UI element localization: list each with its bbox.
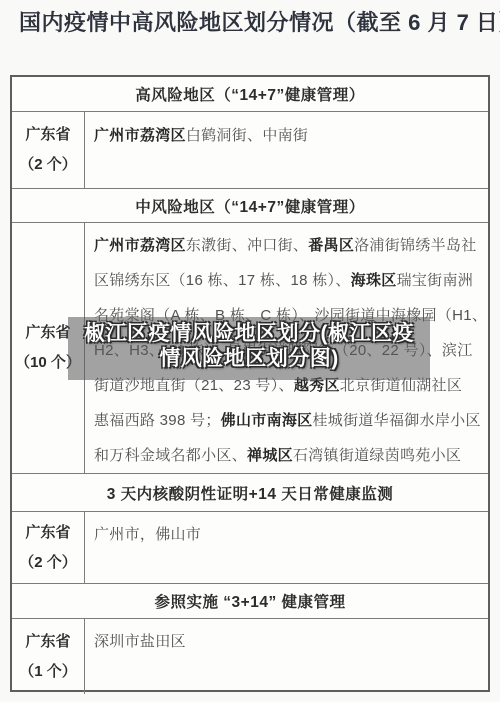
province-cell: 广东省（2 个） xyxy=(12,512,85,583)
page: { "page": { "title": "国内疫情中高风险地区划分情况（截至 … xyxy=(0,0,500,702)
risk-row-0: 广东省（2 个）广州市荔湾区白鹤洞街、中南街 xyxy=(12,112,488,189)
section-header-3: 参照实施 “3+14” 健康管理 xyxy=(12,584,488,619)
page-title: 国内疫情中高风险地区划分情况（截至 6 月 7 日） xyxy=(19,6,500,37)
risk-area-table: 高风险地区（“14+7”健康管理）广东省（2 个）广州市荔湾区白鹤洞街、中南街中… xyxy=(10,75,490,692)
region-text-line: 区锦绣东区（16 栋、17 栋、18 栋）、海珠区瑞宝街南洲 xyxy=(94,263,487,298)
region-text-line: 广州市，佛山市 xyxy=(94,521,484,549)
region-text-line: 深圳市盐田区 xyxy=(94,628,484,656)
section-header-1: 中风险地区（“14+7”健康管理） xyxy=(12,189,488,223)
watermark-line-2: 情风险地区划分图) xyxy=(159,346,339,371)
province-cell: 广东省（2 个） xyxy=(12,112,85,188)
province-cell: 广东省（1 个） xyxy=(12,619,85,694)
region-text-line: 惠福西路 398 号；佛山市南海区桂城街道华福御水岸小区 xyxy=(94,403,487,438)
section-header-0: 高风险地区（“14+7”健康管理） xyxy=(12,77,488,112)
province-name: 广东省 xyxy=(25,627,70,657)
region-text-line: 广州市荔湾区东漖街、冲口街、番禺区洛浦街锦绣半岛社 xyxy=(94,228,487,263)
province-count: （1 个） xyxy=(19,657,77,687)
regions-cell: 广州市荔湾区白鹤洞街、中南街 xyxy=(85,112,488,188)
province-name: 广东省 xyxy=(25,318,70,348)
regions-cell: 广州市，佛山市 xyxy=(85,512,488,583)
watermark-line-1: 椒江区疫情风险地区划分(椒江区疫 xyxy=(84,321,414,346)
province-count: （2 个） xyxy=(19,150,77,180)
risk-row-2: 广东省（2 个）广州市，佛山市 xyxy=(12,512,488,584)
region-text-line: 广州市荔湾区白鹤洞街、中南街 xyxy=(94,121,484,151)
section-header-2: 3 天内核酸阴性证明+14 天日常健康监测 xyxy=(12,474,488,512)
province-name: 广东省 xyxy=(25,518,70,548)
watermark-overlay: 椒江区疫情风险地区划分(椒江区疫 情风险地区划分图) xyxy=(68,317,430,380)
province-name: 广东省 xyxy=(25,120,70,150)
province-count: （2 个） xyxy=(19,548,77,578)
regions-cell: 深圳市盐田区 xyxy=(85,619,488,694)
region-text-line: 和万科金域名都小区、禅城区石湾镇街道绿茵鸣苑小区 xyxy=(94,438,487,473)
risk-row-3: 广东省（1 个）深圳市盐田区 xyxy=(12,619,488,694)
